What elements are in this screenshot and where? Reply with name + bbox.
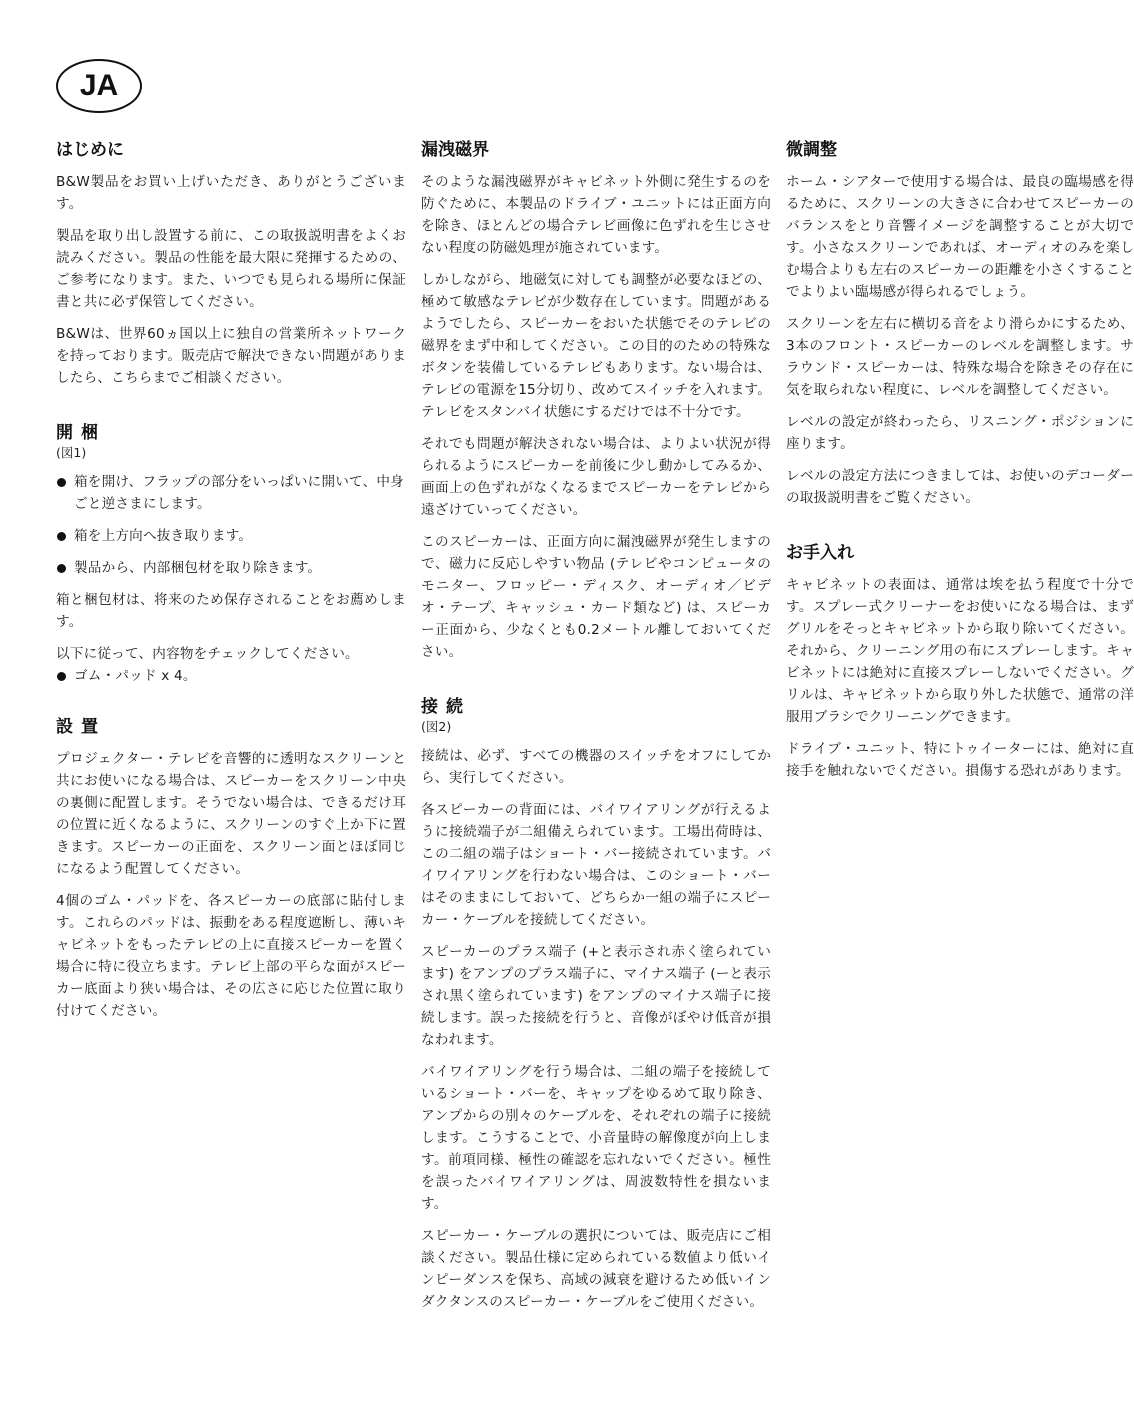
paragraph: スクリーンを左右に横切る音をより滑らかにするため、3本のフロント・スピーカーのレ… [786, 313, 1134, 401]
paragraph: しかしながら、地磁気に対しても調整が必要なほどの、極めて敏感なテレビが少数存在し… [421, 269, 771, 423]
section-introduction: はじめに B&W製品をお買い上げいただき、ありがとうございます。 製品を取り出し… [56, 138, 406, 389]
list-item: ゴム・パッド x 4。 [56, 665, 406, 687]
bullet-icon [57, 672, 66, 681]
paragraph: キャビネットの表面は、通常は埃を払う程度で十分です。スプレー式クリーナーをお使い… [786, 574, 1134, 728]
section-unpacking: 開梱 (図1) 箱を開け、フラップの部分をいっぱいに開いて、中身ごと逆さまにしま… [56, 421, 406, 687]
section-positioning: 設置 プロジェクター・テレビを音響的に透明なスクリーンと共にお使いになる場合は、… [56, 715, 406, 1022]
section-title-magnetic-stray-field: 漏洩磁界 [421, 138, 771, 162]
paragraph: ドライブ・ユニット、特にトゥイーターには、絶対に直接手を触れないでください。損傷… [786, 738, 1134, 782]
section-aftercare: お手入れ キャビネットの表面は、通常は埃を払う程度で十分です。スプレー式クリーナ… [786, 541, 1134, 782]
language-badge: JA [56, 59, 142, 113]
section-title-unpacking: 開梱 [56, 421, 406, 445]
paragraph: スピーカーのプラス端子 (+と表示され赤く塗られています) をアンプのプラス端子… [421, 941, 771, 1051]
section-title-fine-tuning: 微調整 [786, 138, 1134, 162]
paragraph: バイワイアリングを行う場合は、二組の端子を接続しているショート・バーを、キャップ… [421, 1061, 771, 1215]
bullet-icon [57, 564, 66, 573]
paragraph: プロジェクター・テレビを音響的に透明なスクリーンと共にお使いになる場合は、スピー… [56, 748, 406, 880]
figure-reference: (図1) [56, 445, 406, 461]
list-item-text: 箱を上方向へ抜き取ります。 [74, 528, 252, 544]
section-title-connections: 接続 [421, 695, 771, 719]
figure-reference: (図2) [421, 719, 771, 735]
paragraph: 接続は、必ず、すべての機器のスイッチをオフにしてから、実行してください。 [421, 745, 771, 789]
section-title-positioning: 設置 [56, 715, 406, 739]
section-title-introduction: はじめに [56, 138, 406, 162]
paragraph: 各スピーカーの背面には、バイワイアリングが行えるように接続端子が二組備えられてい… [421, 799, 771, 931]
bullet-icon [57, 532, 66, 541]
unpacking-steps: 箱を開け、フラップの部分をいっぱいに開いて、中身ごと逆さまにします。 箱を上方向… [56, 471, 406, 579]
bullet-icon [57, 478, 66, 487]
column-right: 微調整 ホーム・シアターで使用する場合は、最良の臨場感を得るために、スクリーンの… [786, 138, 1134, 792]
list-item-text: ゴム・パッド x 4。 [74, 668, 197, 684]
list-item-text: 箱を開け、フラップの部分をいっぱいに開いて、中身ごと逆さまにします。 [74, 474, 404, 512]
paragraph: そのような漏洩磁界がキャビネット外側に発生するのを防ぐために、本製品のドライブ・… [421, 171, 771, 259]
paragraph: 4個のゴム・パッドを、各スピーカーの底部に貼付します。これらのパッドは、振動をあ… [56, 890, 406, 1022]
list-item-text: 製品から、内部梱包材を取り除きます。 [74, 560, 321, 576]
list-item: 製品から、内部梱包材を取り除きます。 [56, 557, 406, 579]
paragraph: このスピーカーは、正面方向に漏洩磁界が発生しますので、磁力に反応しやすい物品 (… [421, 531, 771, 663]
section-connections: 接続 (図2) 接続は、必ず、すべての機器のスイッチをオフにしてから、実行してく… [421, 695, 771, 1313]
list-item: 箱を上方向へ抜き取ります。 [56, 525, 406, 547]
paragraph: レベルの設定が終わったら、リスニング・ポジションに座ります。 [786, 411, 1134, 455]
paragraph: ホーム・シアターで使用する場合は、最良の臨場感を得るために、スクリーンの大きさに… [786, 171, 1134, 303]
paragraph: 箱と梱包材は、将来のため保存されることをお薦めします。 [56, 589, 406, 633]
column-middle: 漏洩磁界 そのような漏洩磁界がキャビネット外側に発生するのを防ぐために、本製品の… [421, 138, 771, 1323]
paragraph: スピーカー・ケーブルの選択については、販売店にご相談ください。製品仕様に定められ… [421, 1225, 771, 1313]
list-item: 箱を開け、フラップの部分をいっぱいに開いて、中身ごと逆さまにします。 [56, 471, 406, 515]
column-left: はじめに B&W製品をお買い上げいただき、ありがとうございます。 製品を取り出し… [56, 138, 406, 1032]
paragraph: 以下に従って、内容物をチェックしてください。 [56, 643, 406, 665]
section-magnetic-stray-field: 漏洩磁界 そのような漏洩磁界がキャビネット外側に発生するのを防ぐために、本製品の… [421, 138, 771, 663]
section-title-aftercare: お手入れ [786, 541, 1134, 565]
paragraph: B&Wは、世界60ヵ国以上に独自の営業所ネットワークを持っております。販売店で解… [56, 323, 406, 389]
contents-checklist: ゴム・パッド x 4。 [56, 665, 406, 687]
paragraph: レベルの設定方法につきましては、お使いのデコーダーの取扱説明書をご覧ください。 [786, 465, 1134, 509]
section-fine-tuning: 微調整 ホーム・シアターで使用する場合は、最良の臨場感を得るために、スクリーンの… [786, 138, 1134, 509]
paragraph: B&W製品をお買い上げいただき、ありがとうございます。 [56, 171, 406, 215]
paragraph: それでも問題が解決されない場合は、よりよい状況が得られるようにスピーカーを前後に… [421, 433, 771, 521]
paragraph: 製品を取り出し設置する前に、この取扱説明書をよくお読みください。製品の性能を最大… [56, 225, 406, 313]
